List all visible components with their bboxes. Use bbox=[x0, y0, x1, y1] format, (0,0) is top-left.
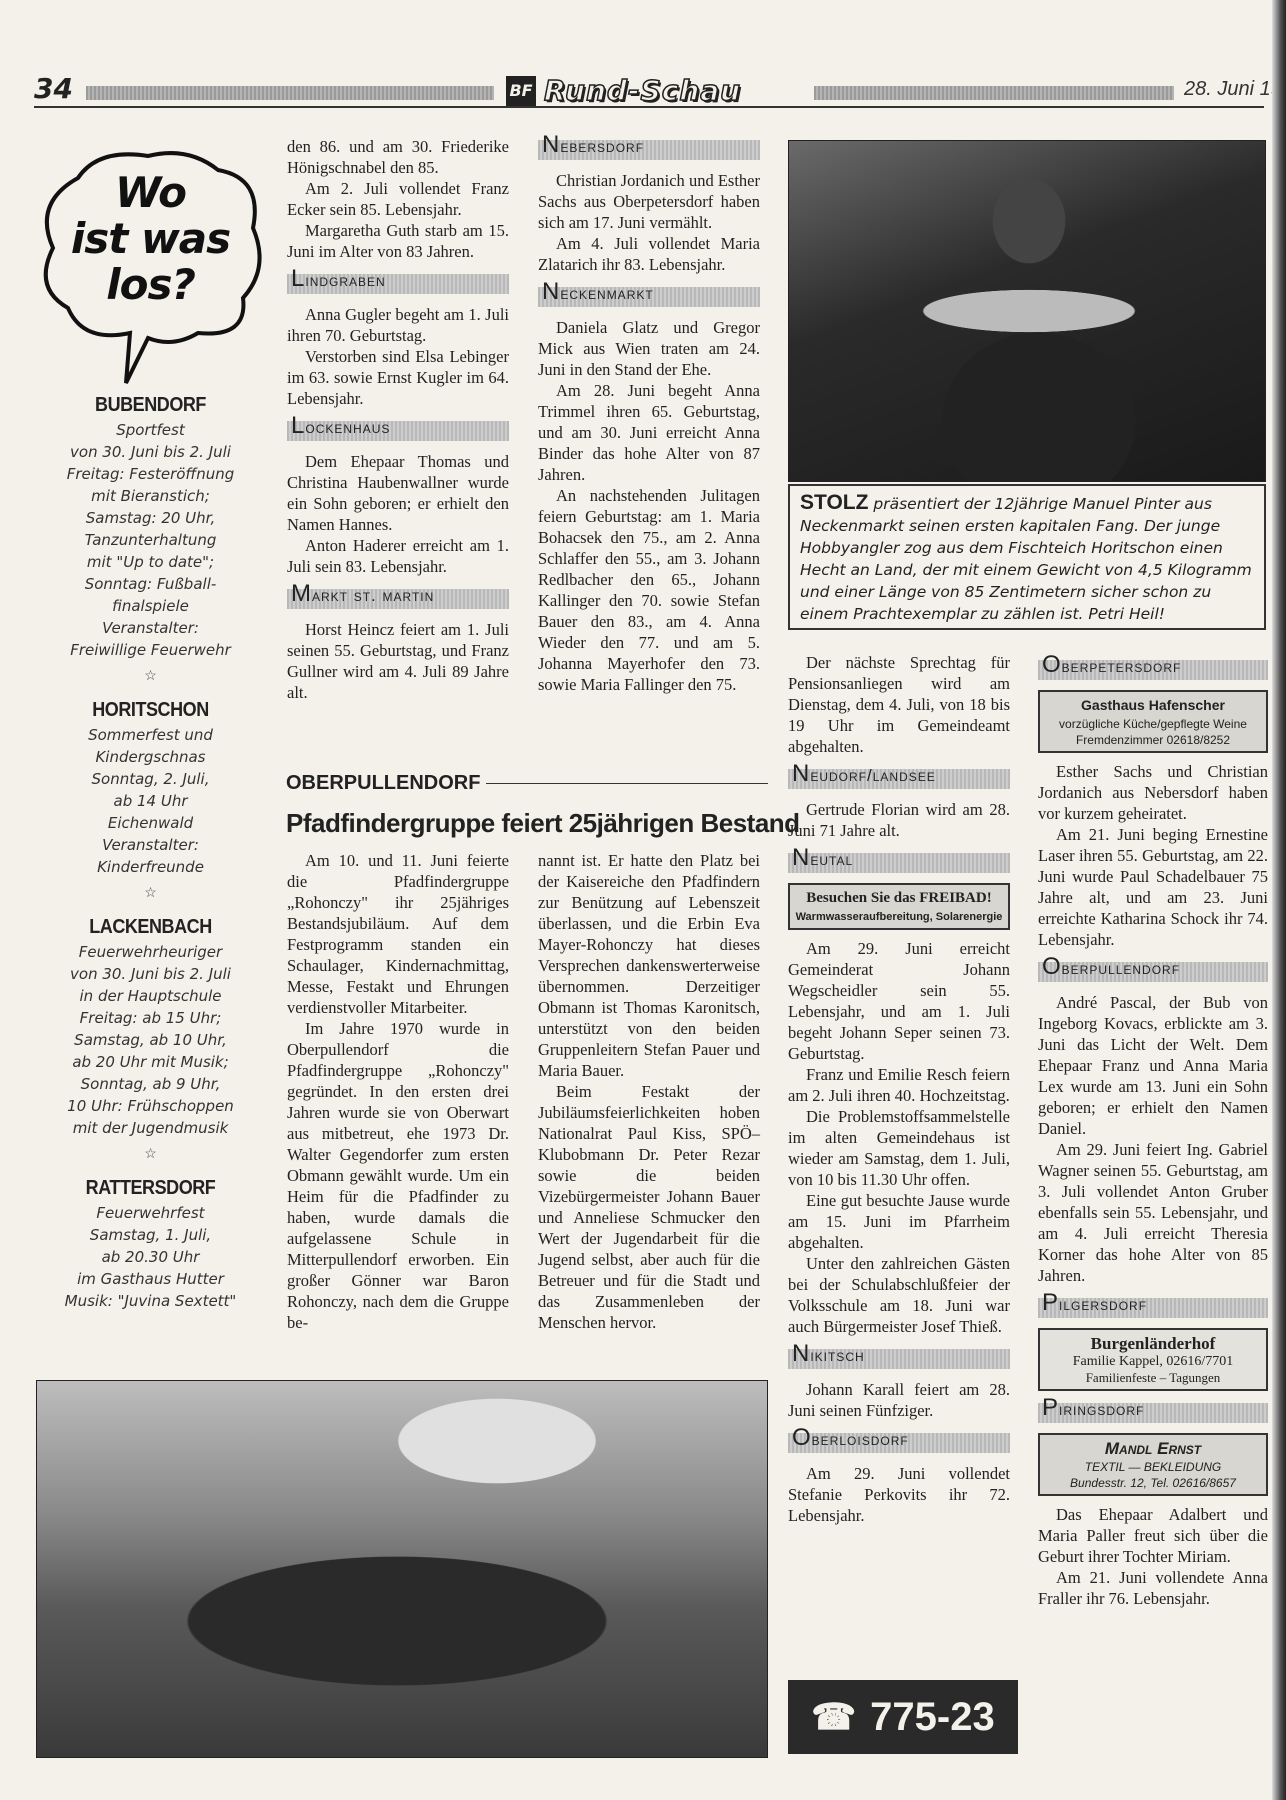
event-detail: Sonntag: Fußball- bbox=[38, 573, 263, 595]
paragraph: Am 29. Juni erreicht Gemeinderat Johann … bbox=[788, 938, 1010, 1064]
telephone-icon: ☎ bbox=[811, 1696, 856, 1738]
paragraph: Horst Heincz feiert am 1. Juli seinen 55… bbox=[287, 619, 509, 703]
event-detail: Freitag: ab 15 Uhr; bbox=[38, 1007, 263, 1029]
event-detail: Samstag: 20 Uhr, bbox=[38, 507, 263, 529]
event-detail: Tanzunterhaltung bbox=[38, 529, 263, 551]
event-item: HORITSCHONSommerfest undKindergschnasSon… bbox=[38, 699, 263, 878]
paragraph: Gertrude Florian wird am 28. Juni 71 Jah… bbox=[788, 799, 1010, 841]
star-divider-icon: ☆ bbox=[38, 878, 263, 910]
event-detail: Kinderfreunde bbox=[38, 856, 263, 878]
event-detail: Samstag, ab 10 Uhr, bbox=[38, 1029, 263, 1051]
article-column-b: nannt ist. Er hatte den Platz bei der Ka… bbox=[538, 850, 760, 1333]
section-head-nikitsch: Nikitsch bbox=[788, 1349, 1010, 1369]
event-detail: in der Hauptschule bbox=[38, 985, 263, 1007]
paragraph: Am 4. Juli vollendet Maria Zlatarich ihr… bbox=[538, 233, 760, 275]
section-head-neutal: Neutal bbox=[788, 853, 1010, 873]
event-detail: ab 20.30 Uhr bbox=[38, 1246, 263, 1268]
paragraph: Am 10. und 11. Juni feierte die Pfadfind… bbox=[287, 850, 509, 1018]
photo-scout-group bbox=[36, 1380, 768, 1758]
event-detail: finalspiele bbox=[38, 595, 263, 617]
event-detail: Kindergschnas bbox=[38, 746, 263, 768]
event-place: BUBENDORF bbox=[49, 394, 252, 417]
event-detail: von 30. Juni bis 2. Juli bbox=[38, 441, 263, 463]
events-column: Wo ist was los? BUBENDORFSportfestvon 30… bbox=[38, 148, 263, 1312]
paragraph: den 86. und am 30. Friederike Hönigschna… bbox=[287, 136, 509, 178]
event-detail: Veranstalter: bbox=[38, 834, 263, 856]
event-detail: Sommerfest und bbox=[38, 724, 263, 746]
paragraph: nannt ist. Er hatte den Platz bei der Ka… bbox=[538, 850, 760, 1081]
paragraph: Daniela Glatz und Gregor Mick aus Wien t… bbox=[538, 317, 760, 380]
column-2: den 86. und am 30. Friederike Hönigschna… bbox=[287, 136, 509, 703]
ad-freibad: Besuchen Sie das FREIBAD! Warmwasseraufb… bbox=[788, 883, 1010, 930]
masthead-rule bbox=[34, 106, 1264, 108]
section-head-neudorf: Neudorf/Landsee bbox=[788, 769, 1010, 789]
issue-date: 28. Juni 1995 bbox=[1184, 78, 1286, 101]
article-column-a: Am 10. und 11. Juni feierte die Pfadfind… bbox=[287, 850, 509, 1333]
photo-boy-with-pike bbox=[788, 140, 1266, 482]
paragraph: Esther Sachs und Christian Jordanich aus… bbox=[1038, 761, 1268, 824]
event-detail: mit "Up to date"; bbox=[38, 551, 263, 573]
event-detail: ab 14 Uhr bbox=[38, 790, 263, 812]
event-detail: Feuerwehrheuriger bbox=[38, 941, 263, 963]
event-detail: mit Bieranstich; bbox=[38, 485, 263, 507]
paragraph: Die Problemstoffsammelstelle im alten Ge… bbox=[788, 1106, 1010, 1190]
section-head-markt-st-martin: Markt St. Martin bbox=[287, 589, 509, 609]
article-headline: Pfadfindergruppe feiert 25jährigen Besta… bbox=[286, 808, 768, 839]
paragraph: Johann Karall feiert am 28. Juni seinen … bbox=[788, 1379, 1010, 1421]
paragraph: Am 21. Juni beging Ernestine Laser ihren… bbox=[1038, 824, 1268, 950]
paragraph: Am 29. Juni feiert Ing. Gabriel Wagner s… bbox=[1038, 1139, 1268, 1286]
column-3: Nebersdorf Christian Jordanich und Esthe… bbox=[538, 136, 760, 695]
event-item: RATTERSDORFFeuerwehrfestSamstag, 1. Juli… bbox=[38, 1177, 263, 1312]
event-detail: Veranstalter: bbox=[38, 617, 263, 639]
section-head-oberloisdorf: Oberloisdorf bbox=[788, 1433, 1010, 1453]
caption-text: präsentiert der 12jährige Manuel Pinter … bbox=[800, 495, 1252, 623]
article-kicker: OBERPULLENDORF bbox=[286, 772, 768, 795]
paragraph: Am 2. Juli vollendet Franz Ecker sein 85… bbox=[287, 178, 509, 220]
events-list: BUBENDORFSportfestvon 30. Juni bis 2. Ju… bbox=[38, 394, 263, 1312]
event-place: HORITSCHON bbox=[49, 699, 252, 722]
masthead-bar-right bbox=[814, 86, 1174, 100]
masthead: 34 BF Rund-Schau 28. Juni 1995 bbox=[34, 72, 1264, 112]
logo-text: Rund-Schau bbox=[544, 74, 741, 107]
masthead-bar-left bbox=[86, 86, 494, 100]
event-detail: Sonntag, ab 9 Uhr, bbox=[38, 1073, 263, 1095]
bubble-title: Wo ist was los? bbox=[38, 170, 263, 308]
star-divider-icon: ☆ bbox=[38, 661, 263, 693]
event-detail: von 30. Juni bis 2. Juli bbox=[38, 963, 263, 985]
ad-mandl-ernst: Mandl Ernst TEXTIL — BEKLEIDUNG Bundesst… bbox=[1038, 1433, 1268, 1496]
speech-bubble: Wo ist was los? bbox=[38, 148, 263, 388]
event-detail: Feuerwehrfest bbox=[38, 1202, 263, 1224]
column-4: Der nächste Sprechtag für Pensionsanlieg… bbox=[788, 652, 1010, 1526]
section-head-piringsdorf: Piringsdorf bbox=[1038, 1403, 1268, 1423]
page-number: 34 bbox=[34, 72, 73, 105]
paragraph: Am 28. Juni begeht Anna Trimmel ihren 65… bbox=[538, 380, 760, 485]
event-place: RATTERSDORF bbox=[49, 1177, 252, 1200]
section-head-oberpetersdorf: Oberpetersdorf bbox=[1038, 660, 1268, 680]
phone-ad: ☎ 775-23 bbox=[788, 1680, 1018, 1754]
event-detail: Eichenwald bbox=[38, 812, 263, 834]
paragraph: Margaretha Guth starb am 15. Juni im Alt… bbox=[287, 220, 509, 262]
event-detail: Musik: "Juvina Sextett" bbox=[38, 1290, 263, 1312]
event-detail: Samstag, 1. Juli, bbox=[38, 1224, 263, 1246]
section-head-lockenhaus: Lockenhaus bbox=[287, 421, 509, 441]
paragraph: Der nächste Sprechtag für Pensionsanlieg… bbox=[788, 652, 1010, 757]
section-head-lindgraben: Lindgraben bbox=[287, 274, 509, 294]
paragraph: Am 29. Juni vollendet Stefanie Perkovits… bbox=[788, 1463, 1010, 1526]
page-binding-edge bbox=[1272, 0, 1286, 1800]
event-place: LACKENBACH bbox=[49, 916, 252, 939]
paragraph: An nachstehenden Julitagen feiern Geburt… bbox=[538, 485, 760, 695]
star-divider-icon: ☆ bbox=[38, 1139, 263, 1171]
event-detail: mit der Jugendmusik bbox=[38, 1117, 263, 1139]
logo-badge: BF bbox=[506, 76, 536, 106]
event-detail: im Gasthaus Hutter bbox=[38, 1268, 263, 1290]
phone-number: 775-23 bbox=[870, 1695, 995, 1740]
event-detail: 10 Uhr: Frühschoppen bbox=[38, 1095, 263, 1117]
ad-gasthaus-hafenscher: Gasthaus Hafenscher vorzügliche Küche/ge… bbox=[1038, 690, 1268, 753]
paragraph: Anna Gugler begeht am 1. Juli ihren 70. … bbox=[287, 304, 509, 346]
paragraph: Christian Jordanich und Esther Sachs aus… bbox=[538, 170, 760, 233]
paragraph: Anton Haderer erreicht am 1. Juli sein 8… bbox=[287, 535, 509, 577]
paragraph: André Pascal, der Bub von Ingeborg Kovac… bbox=[1038, 992, 1268, 1139]
logo: BF Rund-Schau bbox=[506, 74, 741, 107]
event-detail: Sportfest bbox=[38, 419, 263, 441]
paragraph: Im Jahre 1970 wurde in Oberpullendorf di… bbox=[287, 1018, 509, 1333]
event-item: BUBENDORFSportfestvon 30. Juni bis 2. Ju… bbox=[38, 394, 263, 661]
paragraph: Unter den zahlreichen Gästen bei der Sch… bbox=[788, 1253, 1010, 1337]
paragraph: Am 21. Juni vollendete Anna Fraller ihr … bbox=[1038, 1567, 1268, 1609]
paragraph: Franz und Emilie Resch feiern am 2. Juli… bbox=[788, 1064, 1010, 1106]
ad-burgenlaenderhof: Burgenländerhof Familie Kappel, 02616/77… bbox=[1038, 1328, 1268, 1391]
paragraph: Verstorben sind Elsa Lebinger im 63. sow… bbox=[287, 346, 509, 409]
paragraph: Das Ehepaar Adalbert und Maria Paller fr… bbox=[1038, 1504, 1268, 1567]
kicker-rule bbox=[486, 783, 768, 785]
section-head-nebersdorf: Nebersdorf bbox=[538, 140, 760, 160]
caption-lead: STOLZ bbox=[800, 491, 868, 514]
column-5: Oberpetersdorf Gasthaus Hafenscher vorzü… bbox=[1038, 656, 1268, 1609]
event-detail: Sonntag, 2. Juli, bbox=[38, 768, 263, 790]
event-detail: Freiwillige Feuerwehr bbox=[38, 639, 263, 661]
section-head-pilgersdorf: Pilgersdorf bbox=[1038, 1298, 1268, 1318]
event-detail: Freitag: Festeröffnung bbox=[38, 463, 263, 485]
paragraph: Beim Festakt der Jubiläumsfeierlichkeite… bbox=[538, 1081, 760, 1333]
photo-caption: STOLZ präsentiert der 12jährige Manuel P… bbox=[788, 484, 1266, 630]
section-head-neckenmarkt: Neckenmarkt bbox=[538, 287, 760, 307]
paragraph: Dem Ehepaar Thomas und Christina Haubenw… bbox=[287, 451, 509, 535]
event-item: LACKENBACHFeuerwehrheurigervon 30. Juni … bbox=[38, 916, 263, 1139]
event-detail: ab 20 Uhr mit Musik; bbox=[38, 1051, 263, 1073]
paragraph: Eine gut besuchte Jause wurde am 15. Jun… bbox=[788, 1190, 1010, 1253]
section-head-oberpullendorf: Oberpullendorf bbox=[1038, 962, 1268, 982]
